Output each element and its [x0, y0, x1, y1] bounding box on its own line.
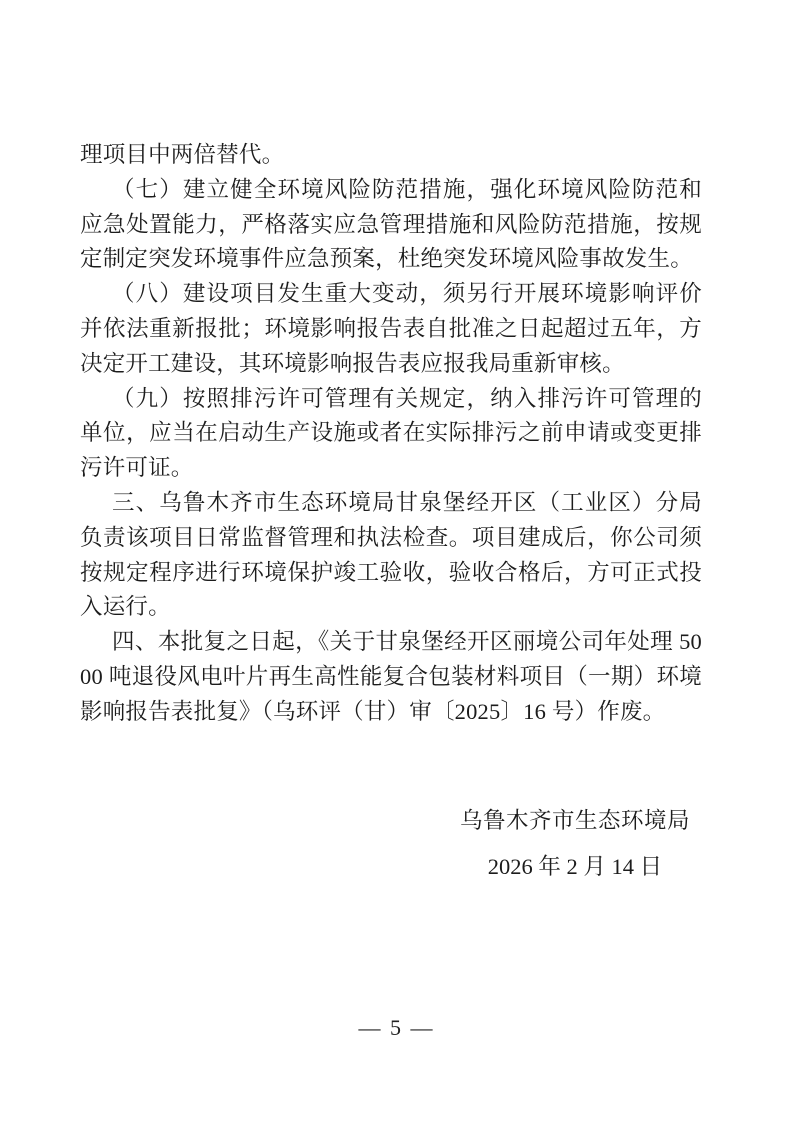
signature-block: 乌鲁木齐市生态环境局 2026 年 2 月 14 日 [441, 804, 709, 884]
document-body: 理项目中两倍替代。 （七）建立健全环境风险防范措施，强化环境风险防范和应急处置能… [80, 138, 702, 730]
clause-8-paragraph: （八）建设项目发生重大变动，须另行开展环境影响评价并依法重新报批；环境影响报告表… [80, 277, 702, 381]
clause-7-paragraph: （七）建立健全环境风险防范措施，强化环境风险防范和应急处置能力，严格落实应急管理… [80, 173, 702, 277]
document-page: 理项目中两倍替代。 （七）建立健全环境风险防范措施，强化环境风险防范和应急处置能… [0, 0, 793, 1122]
issue-date: 2026 年 2 月 14 日 [441, 850, 709, 884]
paragraph-continuation: 理项目中两倍替代。 [80, 138, 702, 173]
issuer-organization: 乌鲁木齐市生态环境局 [441, 804, 709, 838]
page-footer: — 5 — [0, 1013, 793, 1043]
section-3-paragraph: 三、乌鲁木齐市生态环境局甘泉堡经开区（工业区）分局负责该项目日常监督管理和执法检… [80, 486, 702, 625]
page-number: — 5 — [359, 1015, 435, 1040]
section-4-paragraph: 四、本批复之日起，《关于甘泉堡经开区丽境公司年处理 5000 吨退役风电叶片再生… [80, 625, 702, 729]
clause-9-paragraph: （九）按照排污许可管理有关规定，纳入排污许可管理的单位，应当在启动生产设施或者在… [80, 382, 702, 486]
